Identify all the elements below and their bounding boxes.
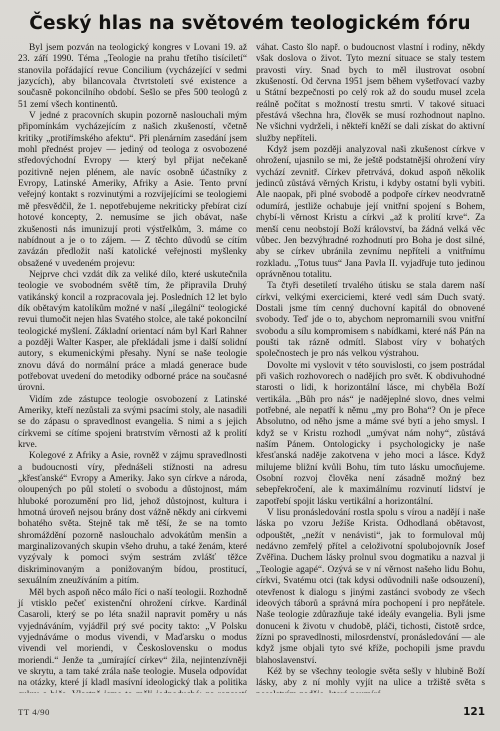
paragraph: Kolegové z Afriky a Asie, rovněž v zájmu… xyxy=(18,451,247,587)
scanned-journal-page: Český hlas na světovém teologickém fóru … xyxy=(0,0,500,731)
article-body: Byl jsem pozván na teologický kongres v … xyxy=(0,43,500,693)
left-column: Byl jsem pozván na teologický kongres v … xyxy=(18,43,247,693)
right-column: váhat. Často šlo např. o budoucnost vlas… xyxy=(256,43,485,693)
paragraph: Měl bych aspoň něco málo říci o naší teo… xyxy=(18,588,247,694)
journal-issue-label: TT 4/90 xyxy=(18,707,50,717)
paragraph: Když jsem později analyzoval naši zkušen… xyxy=(256,145,485,281)
page-number: 121 xyxy=(463,706,485,718)
article-title: Český hlas na světovém teologickém fóru xyxy=(0,0,500,34)
paragraph: Kéž by se všechny teologie světa sešly v… xyxy=(256,667,485,693)
paragraph: Dovolte mi vyslovit v této souvislosti, … xyxy=(256,361,485,508)
paragraph: Byl jsem pozván na teologický kongres v … xyxy=(18,43,247,111)
paragraph: V lisu pronásledování rostla spolu s vír… xyxy=(256,508,485,667)
paragraph-continuation: váhat. Často šlo např. o budoucnost vlas… xyxy=(256,43,485,145)
page-footer: TT 4/90 121 xyxy=(18,706,485,718)
paragraph: Ta čtyři desetiletí trvalého útisku se s… xyxy=(256,281,485,360)
paragraph: Vidím zde zástupce teologie osvobození z… xyxy=(18,395,247,452)
paragraph: V jedné z pracovních skupin pozorně nasl… xyxy=(18,111,247,270)
paragraph: Nejprve chci vzdát dík za veliké dílo, k… xyxy=(18,270,247,395)
